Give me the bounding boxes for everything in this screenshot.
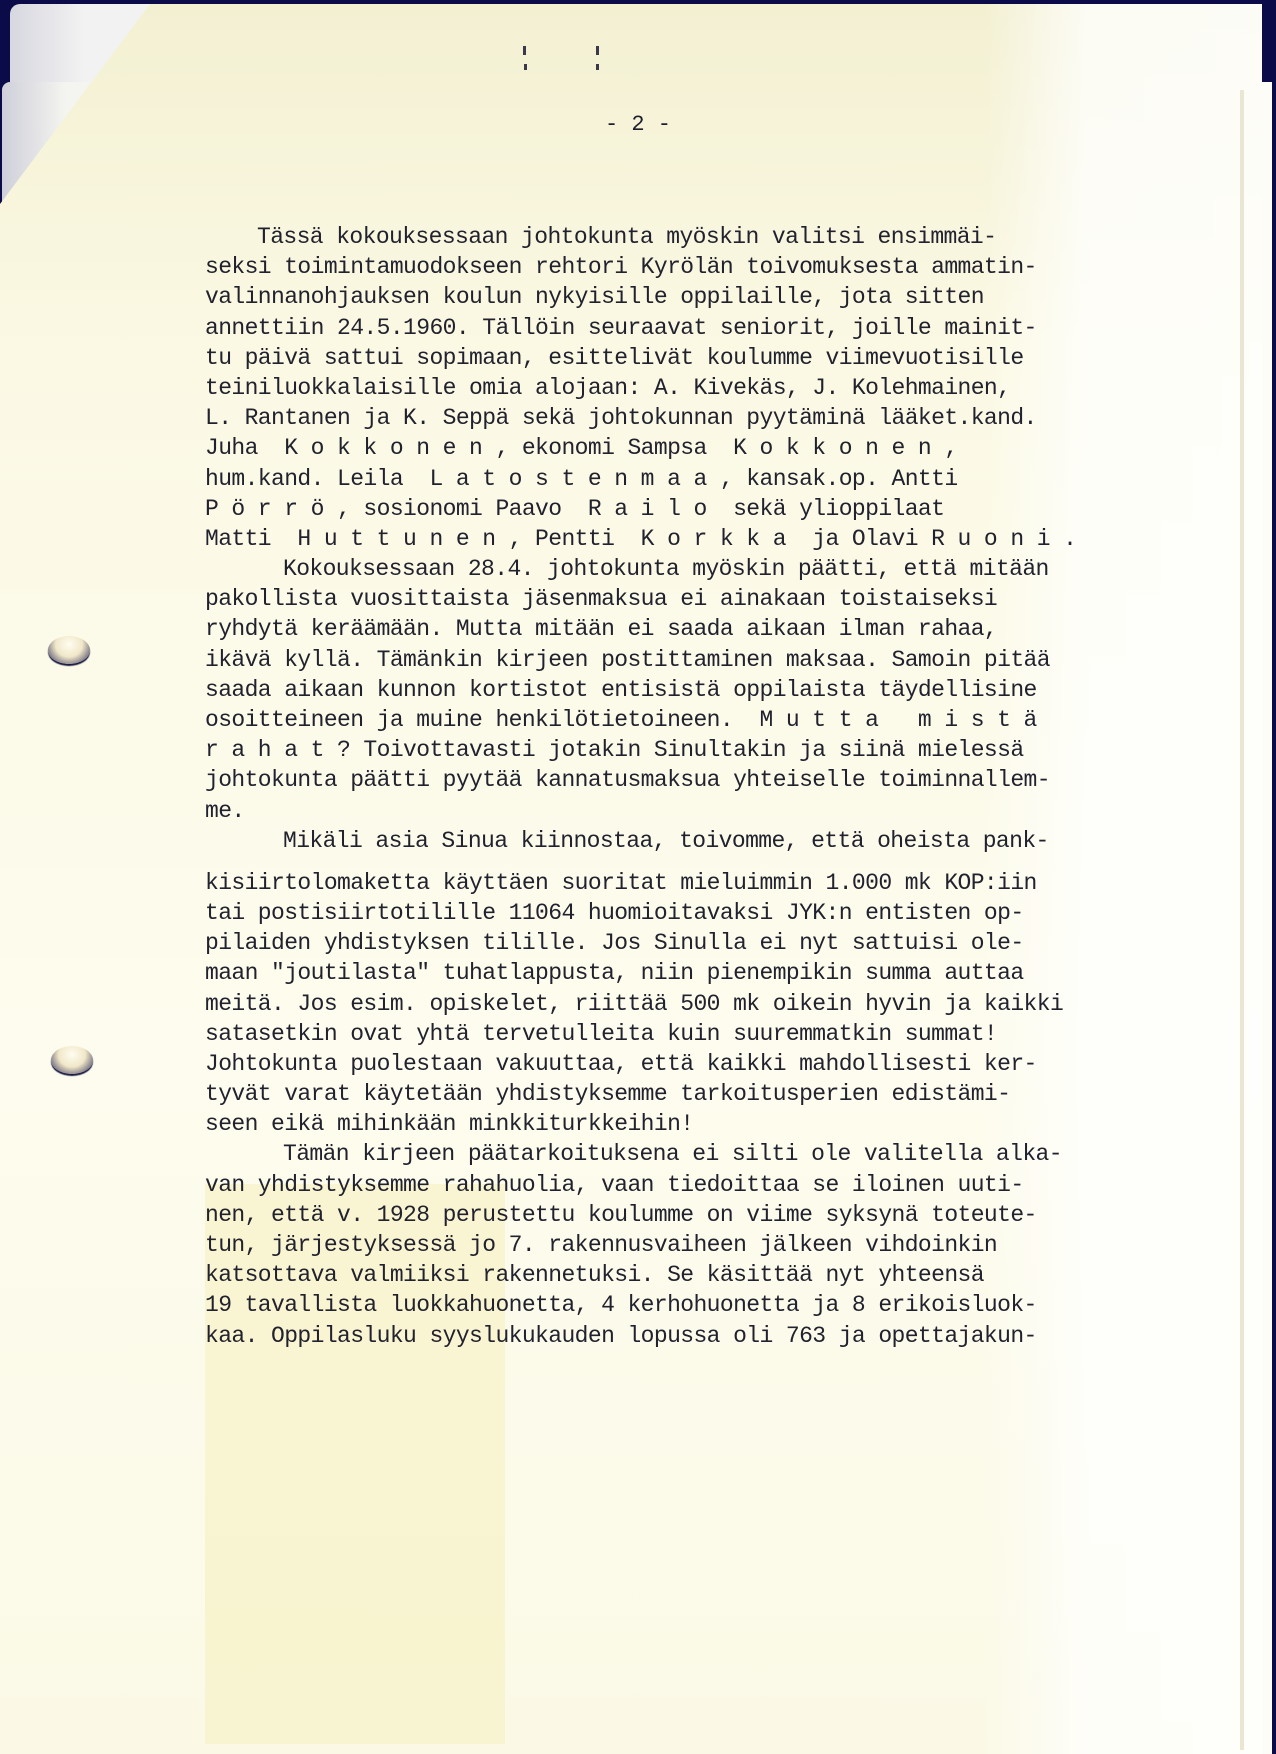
text-line: tun, järjestyksessä jo 7. rakennusvaihee…	[205, 1230, 1245, 1260]
text-line: Mikäli asia Sinua kiinnostaa, toivomme, …	[205, 826, 1245, 868]
text-line: Matti H u t t u n e n , Pentti K o r k k…	[205, 524, 1245, 554]
paragraph: Tässä kokouksessaan johtokunta myöskin v…	[205, 222, 1245, 554]
text-line: meitä. Jos esim. opiskelet, riittää 500 …	[205, 989, 1245, 1019]
text-line: Tässä kokouksessaan johtokunta myöskin v…	[205, 222, 1245, 252]
staple-mark	[524, 64, 527, 70]
text-line: katsottava valmiiksi rakennetuksi. Se kä…	[205, 1260, 1245, 1290]
letter-body: Tässä kokouksessaan johtokunta myöskin v…	[205, 222, 1245, 1351]
text-line: seen eikä mihinkään minkkiturkkeihin!	[205, 1109, 1245, 1139]
text-line: kaa. Oppilasluku syyslukukauden lopussa …	[205, 1321, 1245, 1351]
punch-hole	[48, 636, 90, 664]
text-line: van yhdistyksemme rahahuolia, vaan tiedo…	[205, 1170, 1245, 1200]
paragraph: Mikäli asia Sinua kiinnostaa, toivomme, …	[205, 826, 1245, 1140]
text-line: maan "joutilasta" tuhatlappusta, niin pi…	[205, 958, 1245, 988]
text-line: Johtokunta puolestaan vakuuttaa, että ka…	[205, 1049, 1245, 1079]
text-line: nen, että v. 1928 perustettu koulumme on…	[205, 1200, 1245, 1230]
text-line: saada aikaan kunnon kortistot entisistä …	[205, 675, 1245, 705]
text-line: ryhdytä keräämään. Mutta mitään ei saada…	[205, 614, 1245, 644]
text-line: P ö r r ö , sosionomi Paavo R a i l o se…	[205, 494, 1245, 524]
text-line: teiniluokkalaisille omia alojaan: A. Kiv…	[205, 373, 1245, 403]
staple-mark	[523, 46, 526, 55]
text-line: johtokunta päätti pyytää kannatusmaksua …	[205, 765, 1245, 795]
text-line: L. Rantanen ja K. Seppä sekä johtokunnan…	[205, 403, 1245, 433]
text-line: valinnanohjauksen koulun nykyisille oppi…	[205, 282, 1245, 312]
page-number: - 2 -	[0, 112, 1276, 137]
text-line: hum.kand. Leila L a t o s t e n m a a , …	[205, 464, 1245, 494]
text-line: tyvät varat käytetään yhdistyksemme tark…	[205, 1079, 1245, 1109]
paragraph: Kokouksessaan 28.4. johtokunta myöskin p…	[205, 554, 1245, 826]
staple-mark	[596, 64, 599, 70]
text-line: r a h a t ? Toivottavasti jotakin Sinult…	[205, 735, 1245, 765]
text-line: Juha K o k k o n e n , ekonomi Sampsa K …	[205, 433, 1245, 463]
paragraph: Tämän kirjeen päätarkoituksena ei silti …	[205, 1139, 1245, 1350]
text-line: me.	[205, 796, 1245, 826]
text-line: tu päivä sattui sopimaan, esittelivät ko…	[205, 343, 1245, 373]
text-line: pakollista vuosittaista jäsenmaksua ei a…	[205, 584, 1245, 614]
staple-mark	[596, 46, 599, 55]
text-line: seksi toimintamuodokseen rehtori Kyrölän…	[205, 252, 1245, 282]
text-line: satasetkin ovat yhtä tervetulleita kuin …	[205, 1019, 1245, 1049]
text-line: ikävä kyllä. Tämänkin kirjeen postittami…	[205, 645, 1245, 675]
text-line: 19 tavallista luokkahuonetta, 4 kerhohuo…	[205, 1290, 1245, 1320]
text-line: Tämän kirjeen päätarkoituksena ei silti …	[205, 1139, 1245, 1169]
punch-hole	[51, 1046, 93, 1074]
text-line: pilaiden yhdistyksen tilille. Jos Sinull…	[205, 928, 1245, 958]
text-line: Kokouksessaan 28.4. johtokunta myöskin p…	[205, 554, 1245, 584]
text-line: osoitteineen ja muine henkilötietoineen.…	[205, 705, 1245, 735]
text-line: tai postisiirtotilille 11064 huomioitava…	[205, 898, 1245, 928]
text-line: kisiirtolomaketta käyttäen suoritat miel…	[205, 868, 1245, 898]
text-line: annettiin 24.5.1960. Tällöin seuraavat s…	[205, 313, 1245, 343]
